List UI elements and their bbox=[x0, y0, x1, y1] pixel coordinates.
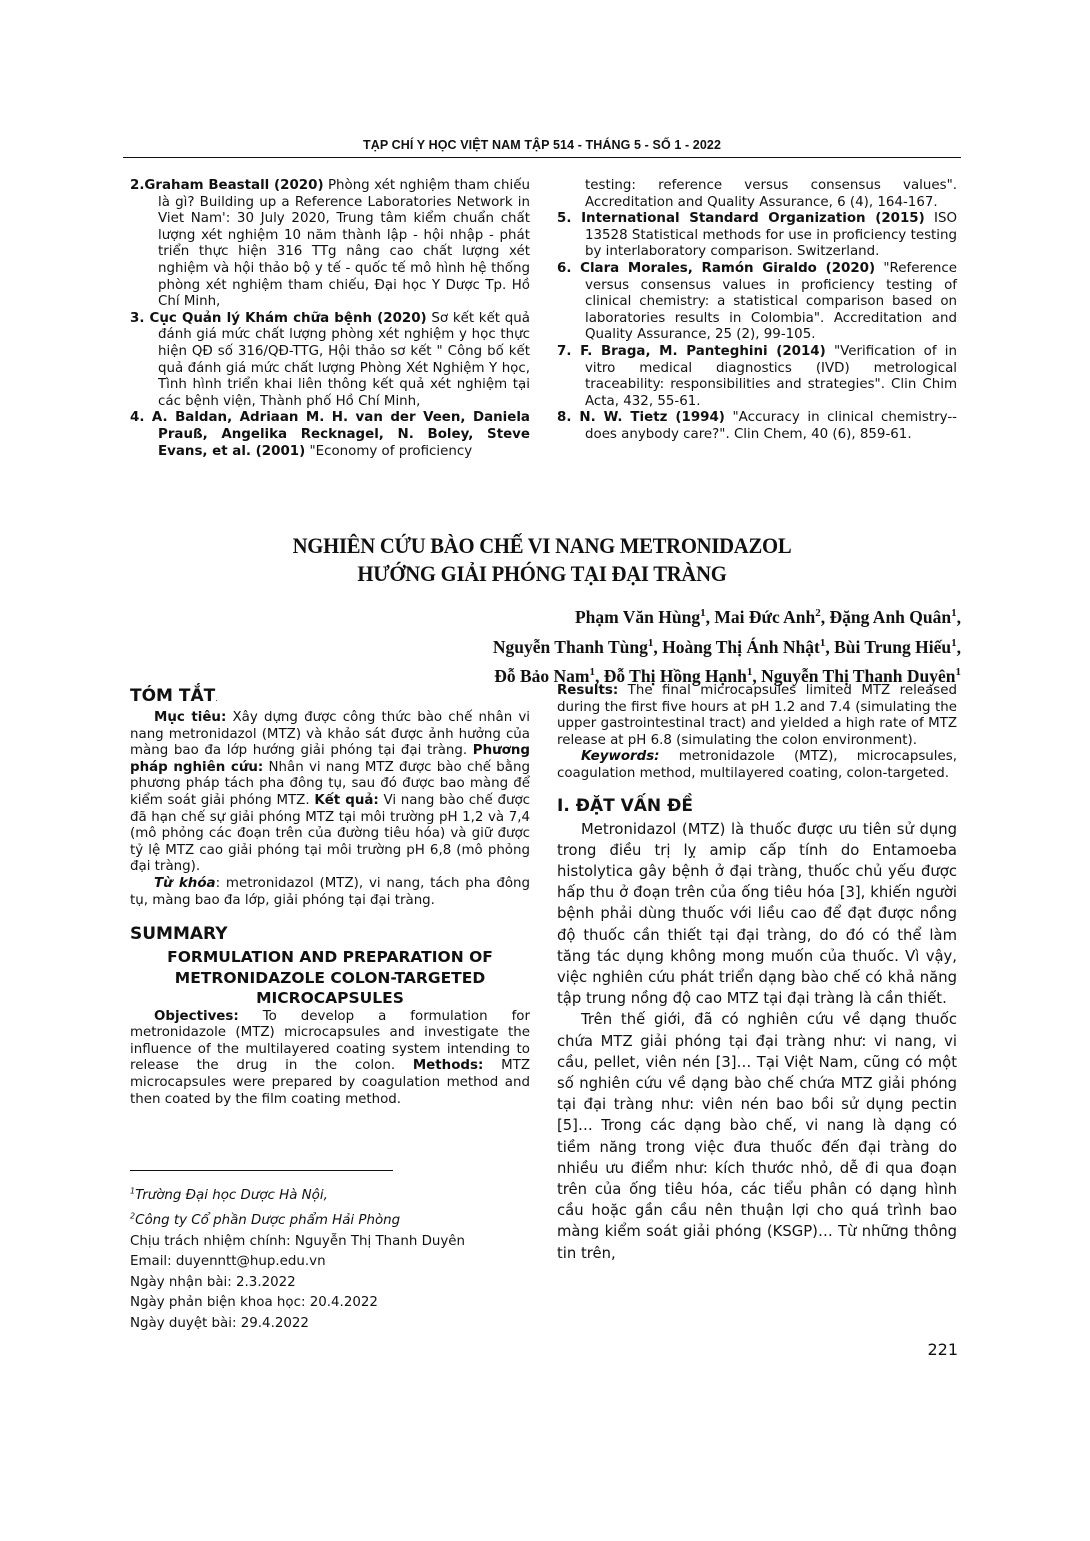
affiliation-mark: 1 bbox=[589, 667, 595, 679]
reference-authors: Clara Morales, Ramón Giraldo (2020) bbox=[580, 261, 875, 276]
author: Đặng Anh Quân1, bbox=[830, 607, 961, 627]
affiliation-mark: 1 bbox=[956, 667, 962, 679]
reference-text: Phòng xét nghiệm tham chiếu là gì? Build… bbox=[158, 178, 530, 309]
author-name: Nguyễn Thanh Tùng bbox=[493, 637, 648, 657]
methods-label: Methods: bbox=[413, 1058, 483, 1073]
introduction-paragraph: Metronidazol (MTZ) là thuốc được ưu tiên… bbox=[557, 819, 957, 1010]
affiliation-mark: 1 bbox=[820, 637, 826, 649]
summary-keywords: Keywords: metronidazole (MTZ), microcaps… bbox=[557, 749, 957, 782]
affiliation-1: 1Trường Đại học Dược Hà Nội, bbox=[130, 1182, 550, 1207]
reference-number: 4. bbox=[130, 410, 152, 425]
affiliation-text: Công ty Cổ phần Dược phẩm Hải Phòng bbox=[135, 1213, 400, 1228]
author-name: Hoàng Thị Ánh Nhật bbox=[662, 637, 820, 657]
heading-dot: . bbox=[215, 694, 218, 703]
author-name: Phạm Văn Hùng bbox=[575, 607, 700, 627]
author: Nguyễn Thanh Tùng1, bbox=[493, 637, 662, 657]
heading-text: TÓM TẮT bbox=[130, 686, 215, 706]
reference-number: 8. bbox=[557, 410, 579, 425]
reference-authors: International Standard Organization (201… bbox=[581, 211, 925, 226]
header-rule bbox=[123, 157, 961, 158]
reference-item: 6. Clara Morales, Ramón Giraldo (2020) "… bbox=[557, 261, 957, 344]
affiliation-mark: 1 bbox=[700, 607, 706, 619]
corresponding-email: Email: duyenntt@hup.edu.vn bbox=[130, 1252, 550, 1273]
reference-number: 2. bbox=[130, 178, 144, 193]
article-title-line-1: NGHIÊN CỨU BÀO CHẾ VI NANG METRONIDAZOL bbox=[157, 532, 928, 560]
abstract-vi-body: Mục tiêu: Xây dựng được công thức bào ch… bbox=[130, 710, 530, 876]
reference-item: 4. A. Baldan, Adriaan M. H. van der Veen… bbox=[130, 410, 530, 460]
running-header: TẠP CHÍ Y HỌC VIỆT NAM TẬP 514 - THÁNG 5… bbox=[123, 138, 961, 152]
objective-label: Mục tiêu: bbox=[154, 710, 226, 725]
date-reviewed: Ngày phản biện khoa học: 20.4.2022 bbox=[130, 1293, 550, 1314]
reference-number: 5. bbox=[557, 211, 581, 226]
journal-page: TẠP CHÍ Y HỌC VIỆT NAM TẬP 514 - THÁNG 5… bbox=[0, 0, 1090, 1541]
author: Hoàng Thị Ánh Nhật1, bbox=[662, 637, 834, 657]
reference-number: 7. bbox=[557, 344, 580, 359]
results-label: Results: bbox=[557, 683, 618, 698]
corresponding-author: Chịu trách nhiệm chính: Nguyễn Thị Thanh… bbox=[130, 1232, 550, 1253]
affiliation-mark: 1 bbox=[747, 667, 753, 679]
reference-item: 8. N. W. Tietz (1994) "Accuracy in clini… bbox=[557, 410, 957, 443]
abstract-vi-keywords: Từ khóa: metronidazol (MTZ), vi nang, tá… bbox=[130, 876, 530, 909]
page-number: 221 bbox=[910, 1340, 958, 1359]
reference-item: 3. Cục Quản lý Khám chữa bệnh (2020) Sơ … bbox=[130, 311, 530, 411]
author-list: Phạm Văn Hùng1, Mai Đức Anh2, Đặng Anh Q… bbox=[123, 600, 961, 689]
introduction-paragraph: Trên thế giới, đã có nghiên cứu về dạng … bbox=[557, 1009, 957, 1263]
introduction-heading: I. ĐẶT VẤN ĐỀ bbox=[557, 795, 957, 817]
article-title-line-2: HƯỚNG GIẢI PHÓNG TẠI ĐẠI TRÀNG bbox=[157, 560, 928, 588]
date-accepted: Ngày duyệt bài: 29.4.2022 bbox=[130, 1314, 550, 1335]
results-label: Kết quả: bbox=[314, 793, 378, 808]
reference-continuation: testing: reference versus consensus valu… bbox=[557, 178, 957, 211]
abstract-vi-heading: TÓM TẮT. bbox=[130, 685, 530, 710]
summary-title: FORMULATION AND PREPARATION OF METRONIDA… bbox=[130, 947, 530, 1009]
references-right: testing: reference versus consensus valu… bbox=[557, 178, 957, 444]
affiliation-text: Trường Đại học Dược Hà Nội, bbox=[135, 1188, 328, 1203]
reference-item: 7. F. Braga, M. Panteghini (2014) "Verif… bbox=[557, 344, 957, 410]
reference-text: "Economy of proficiency bbox=[305, 444, 472, 459]
article-header: NGHIÊN CỨU BÀO CHẾ VI NANG METRONIDAZOL … bbox=[123, 532, 961, 689]
reference-authors: N. W. Tietz (1994) bbox=[579, 410, 725, 425]
reference-number: 6. bbox=[557, 261, 580, 276]
author: Mai Đức Anh2, bbox=[714, 607, 829, 627]
affiliation-mark: 2 bbox=[815, 607, 821, 619]
author: Bùi Trung Hiếu1, bbox=[834, 637, 961, 657]
summary-heading: SUMMARY bbox=[130, 923, 530, 945]
reference-item: 5. International Standard Organization (… bbox=[557, 211, 957, 261]
date-received: Ngày nhận bài: 2.3.2022 bbox=[130, 1273, 550, 1294]
references-left: 2.Graham Beastall (2020) Phòng xét nghiệ… bbox=[130, 178, 530, 460]
reference-authors: Cục Quản lý Khám chữa bệnh (2020) bbox=[150, 311, 427, 326]
affiliation-mark: 1 bbox=[648, 637, 654, 649]
reference-number: 3. bbox=[130, 311, 150, 326]
affiliation-2: 2Công ty Cổ phần Dược phẩm Hải Phòng bbox=[130, 1207, 550, 1232]
objectives-label: Objectives: bbox=[154, 1009, 239, 1024]
author-name: Bùi Trung Hiếu bbox=[834, 637, 951, 657]
footnotes: 1Trường Đại học Dược Hà Nội, 2Công ty Cổ… bbox=[130, 1182, 550, 1334]
summary-results: Results: The final microcapsules limited… bbox=[557, 683, 957, 749]
right-column: Results: The final microcapsules limited… bbox=[557, 683, 957, 1264]
author: Phạm Văn Hùng1, bbox=[575, 607, 714, 627]
keywords-label: Keywords: bbox=[581, 749, 660, 764]
keywords-label: Từ khóa bbox=[154, 876, 216, 891]
footnote-rule bbox=[130, 1170, 393, 1171]
reference-authors: Graham Beastall (2020) bbox=[144, 178, 323, 193]
author-name: Đặng Anh Quân bbox=[830, 607, 952, 627]
reference-item: 2.Graham Beastall (2020) Phòng xét nghiệ… bbox=[130, 178, 530, 311]
summary-body: Objectives: To develop a formulation for… bbox=[130, 1009, 530, 1109]
reference-authors: F. Braga, M. Panteghini (2014) bbox=[580, 344, 826, 359]
abstract-left-column: TÓM TẮT. Mục tiêu: Xây dựng được công th… bbox=[130, 685, 530, 1108]
affiliation-mark: 1 bbox=[951, 637, 957, 649]
affiliation-mark: 1 bbox=[951, 607, 957, 619]
author-name: Mai Đức Anh bbox=[714, 607, 815, 627]
